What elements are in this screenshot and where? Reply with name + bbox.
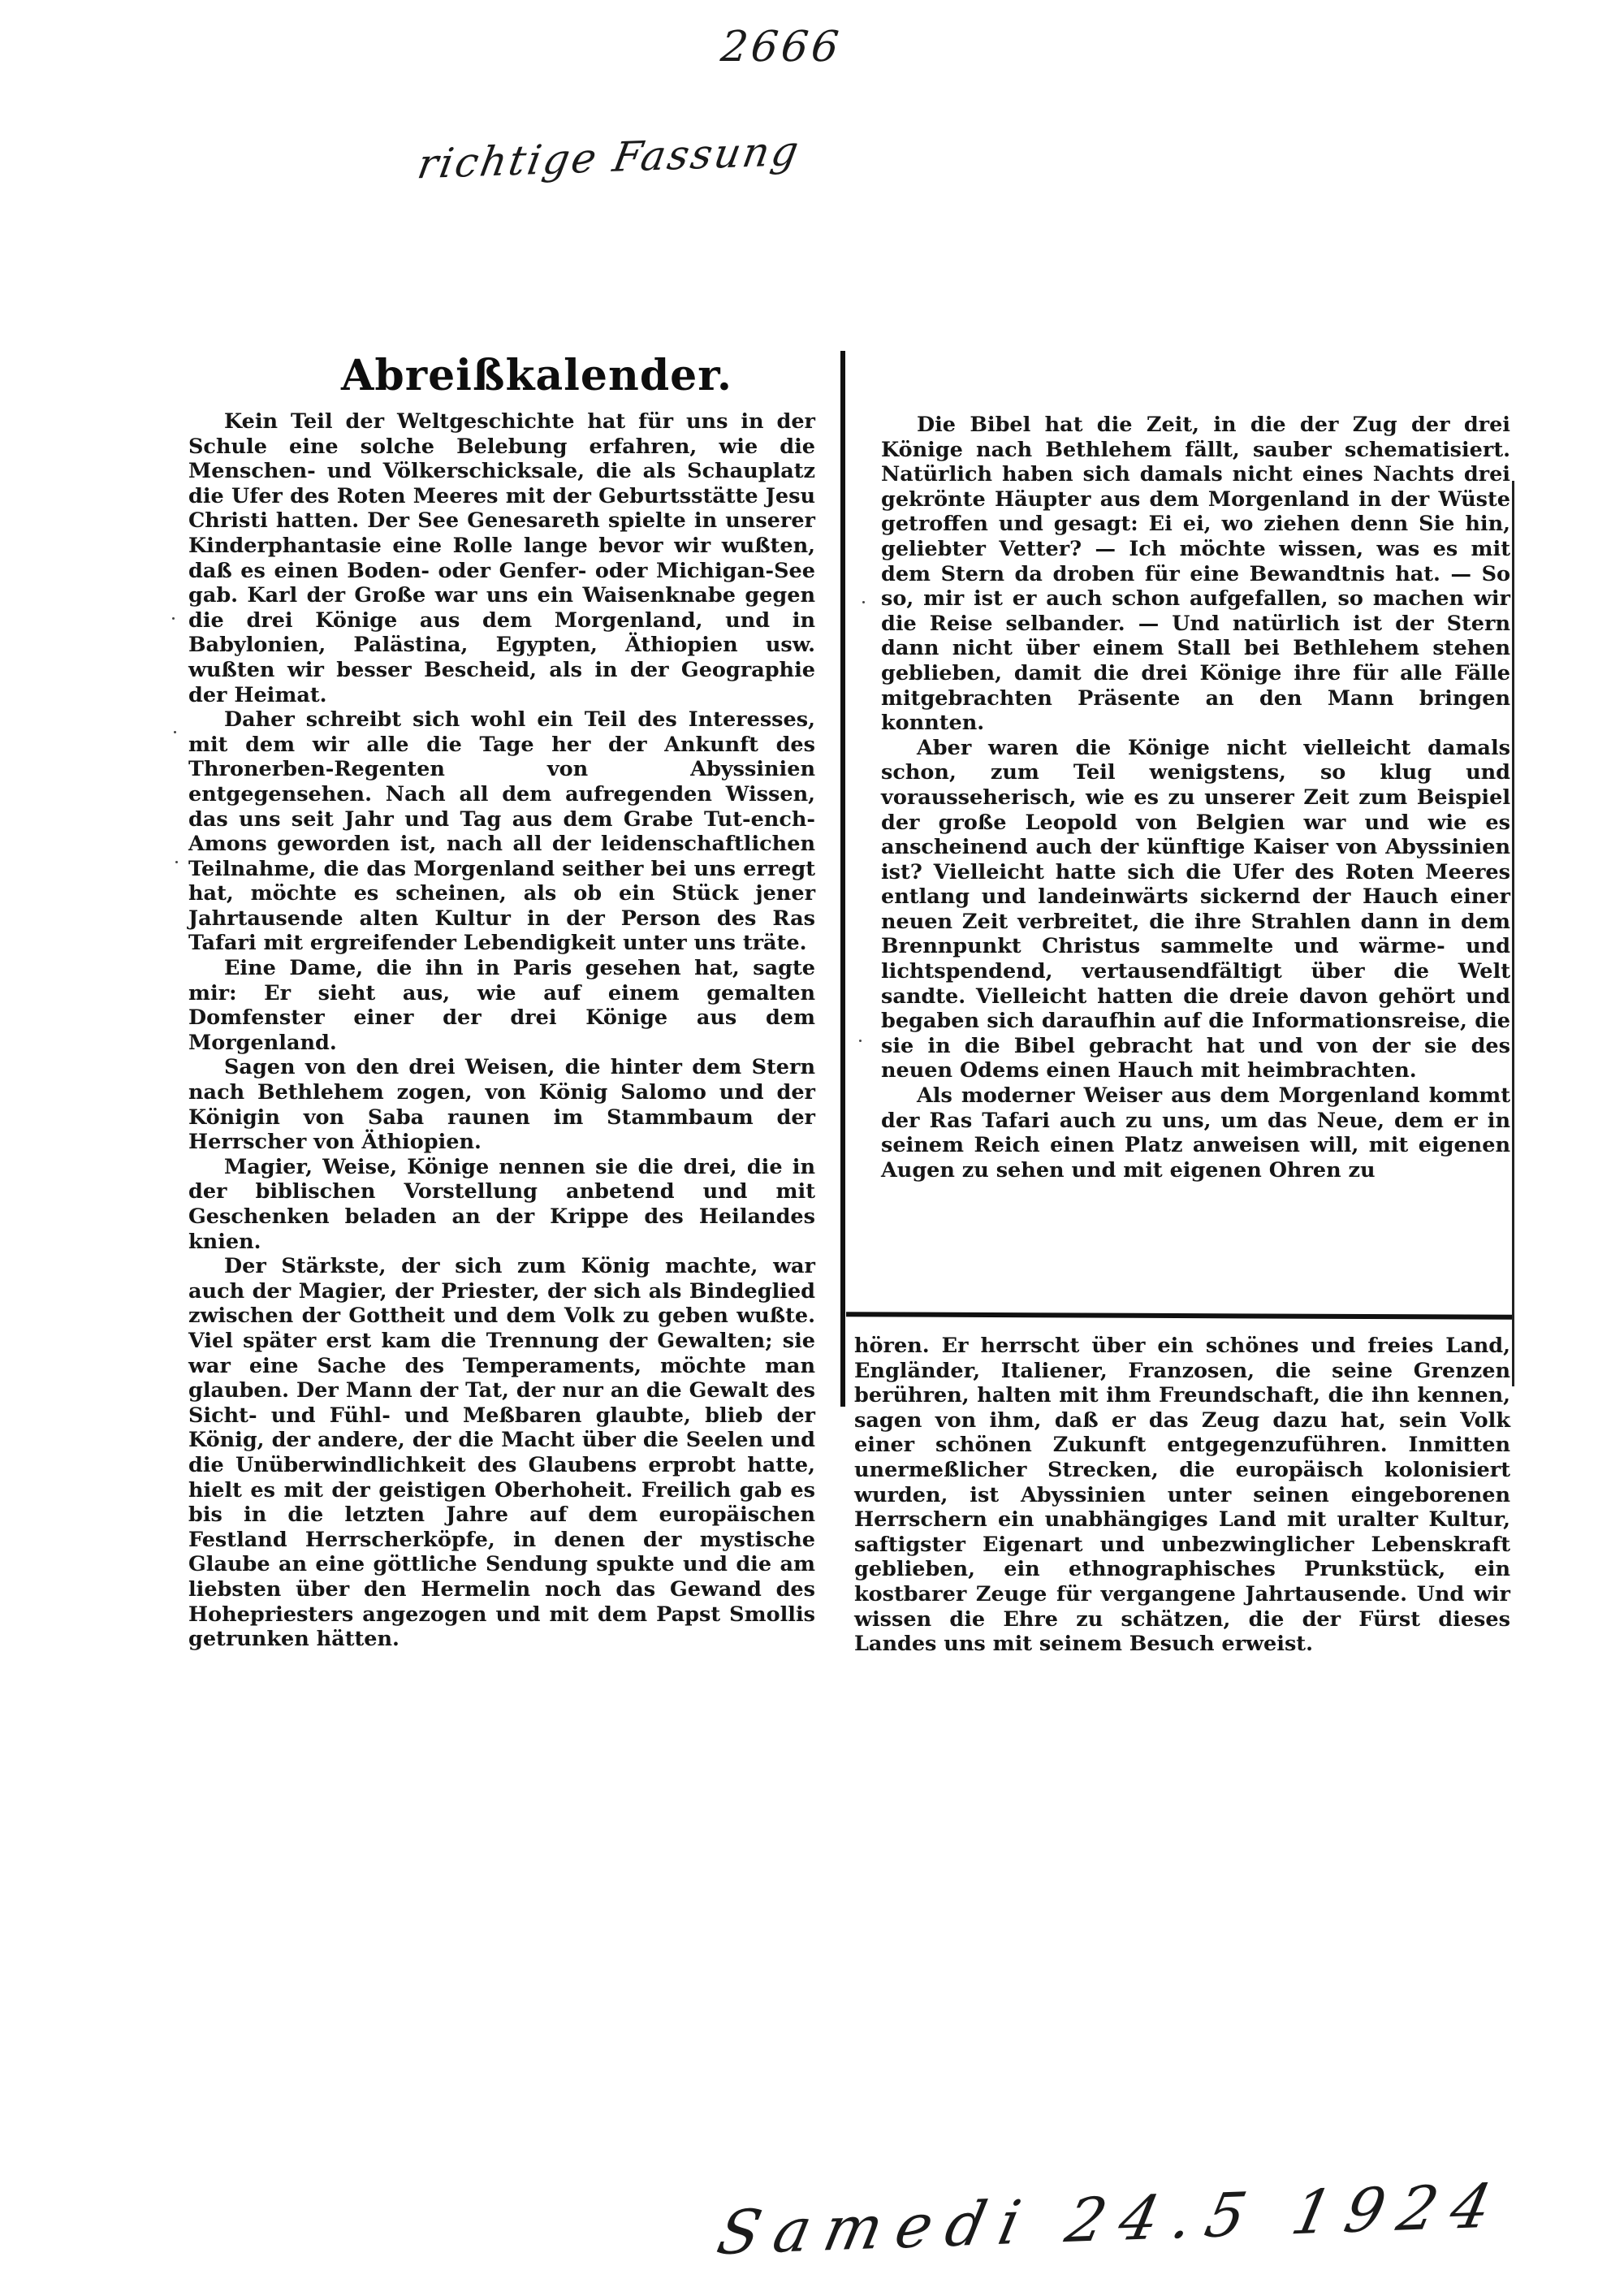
paragraph: Eine Dame, die ihn in Paris gesehen hat,… [188,956,815,1055]
handwritten-note-correct-version: richtige Fassung [414,128,805,188]
article-title: Abreißkalender. [341,351,682,400]
scan-speck [175,861,178,863]
paragraph: Als moderner Weiser aus dem Morgenland k… [881,1083,1510,1183]
scan-speck [862,601,865,603]
paragraph: Daher schreibt sich wohl ein Teil des In… [188,707,815,956]
handwritten-archive-number: 2666 [719,23,844,71]
paragraph: Der Stärkste, der sich zum König machte,… [188,1254,815,1652]
paragraph: Die Bibel hat die Zeit, in die der Zug d… [881,413,1510,736]
column-divider [840,351,845,1407]
scan-speck [859,1040,862,1042]
paragraph: Kein Teil der Weltgeschichte hat für uns… [188,409,815,707]
column-break-rule [846,1312,1512,1320]
right-column: Die Bibel hat die Zeit, in die der Zug d… [881,413,1510,1183]
paragraph: Magier, Weise, Könige nennen sie die dre… [188,1155,815,1254]
left-column: Kein Teil der Weltgeschichte hat für uns… [188,409,815,1652]
paragraph: Sagen von den drei Weisen, die hinter de… [188,1055,815,1154]
handwritten-date: Samedi 24.5 1924 [711,2171,1512,2268]
paragraph: hören. Er herrscht über ein schönes und … [854,1334,1510,1657]
paragraph: Aber waren die Könige nicht vielleicht d… [881,736,1510,1083]
scan-speck [172,617,175,620]
right-column-continued: hören. Er herrscht über ein schönes und … [854,1334,1510,1657]
scan-speck [174,731,176,733]
right-edge-rule [1512,481,1514,1386]
